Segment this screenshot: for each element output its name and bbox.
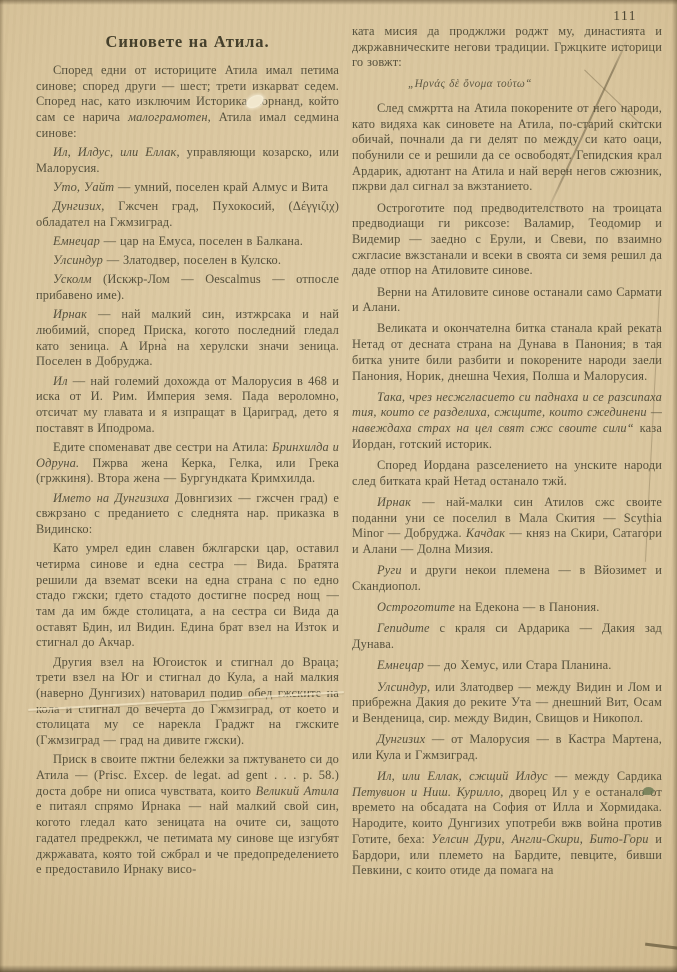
paragraph: Емнецар — цар на Емуса, поселен в Балкан… — [36, 234, 339, 250]
paragraph: Уто, Уайт — умний, поселен край Алмус и … — [36, 180, 339, 196]
text-run: Според Иордана разселението на унските н… — [352, 458, 662, 488]
italic-text-run: Бито-Гори — [590, 832, 649, 846]
paragraph: Дунгизих — от Малорусия — в Кастра Марте… — [352, 732, 662, 763]
text-run: Великата и окончателна битка станала кра… — [352, 321, 662, 382]
text-columns: Синовете на Атила. Според едни от истори… — [36, 24, 662, 884]
italic-text-run: Руги — [377, 563, 402, 577]
italic-text-run: Качдак — [466, 526, 505, 540]
paragraph: Ил — най големий дохожда от Малорусия в … — [36, 374, 339, 437]
text-run: — най големий дохожда от Малорусия в 468… — [36, 374, 339, 435]
scan-edge-bottom — [0, 965, 677, 972]
paragraph: Едите споменават две сестри на Атила: Бр… — [36, 440, 339, 487]
paragraph: Според Иордана разселението на унските н… — [352, 458, 662, 489]
paragraph: Великата и окончателна битка станала кра… — [352, 321, 662, 384]
text-run: Остроготите под предводителството на тро… — [352, 201, 662, 278]
ink-smudge — [643, 787, 654, 795]
italic-text-run: Улсиндур — [377, 680, 427, 694]
text-run: , — [580, 832, 590, 846]
paragraph: Според едни от историците Атила имал пет… — [36, 63, 339, 142]
italic-text-run: Емнецар — [53, 234, 100, 248]
paragraph: След смжртта на Атила покорените от него… — [352, 101, 662, 195]
paragraph: Верни на Атиловите синове останали само … — [352, 285, 662, 316]
italic-text-run: Остроготите — [377, 600, 455, 614]
paragraph: Улсиндур — Златодвер, поселен в Кулско. — [36, 253, 339, 269]
italic-text-run: Ил, Илдус, или Еллак — [53, 145, 177, 159]
italic-text-run: Ирнак — [377, 495, 411, 509]
paragraph: Ил, или Еллак, сжщий Илдус — между Сарди… — [352, 769, 662, 879]
paragraph: Ил, Илдус, или Еллак, управляющи козарск… — [36, 145, 339, 176]
paragraph: Улсиндур, или Златодвер — между Видин и … — [352, 680, 662, 727]
scan-edge-left — [0, 0, 4, 972]
text-run: — между Сардика — [548, 769, 662, 783]
paragraph: Остроготите на Едекона — в Панония. — [352, 600, 662, 616]
paragraph: Гепидите с краля си Ардарика — Дакия зад… — [352, 621, 662, 652]
page-title: Синовете на Атила. — [36, 32, 339, 52]
italic-text-run: Името на Дунгизиха — [53, 491, 169, 505]
italic-text-run: Ил, или Еллак, сжщий Илдус — [377, 769, 548, 783]
paragraph: Усколм (Искжр-Лом — Oescalmus — отпосле … — [36, 272, 339, 303]
paragraph: Емнецар — до Хемус, или Стара Планина. — [352, 658, 662, 674]
italic-text-run: Уелсин Дури — [432, 832, 502, 846]
paragraph: Ирнак — най-малки син Атилов сжс своите … — [352, 495, 662, 558]
text-run: на Едекона — в Панония. — [455, 600, 599, 614]
greek-quote: „Ηρνάς δὲ ὄνομα τούτω“ — [352, 77, 662, 93]
paragraph: Руги и други некои племена — в Вйозимет … — [352, 563, 662, 594]
paragraph: Остроготите под предводителството на тро… — [352, 201, 662, 280]
paragraph: Ирнак — най малкий син, изтжрсака и най … — [36, 307, 339, 370]
italic-text-run: Така, чрез несжгласието си паднаха и се … — [352, 390, 662, 435]
italic-text-run: Улсиндур — [53, 253, 103, 267]
text-run: — умний, поселен край Алмус и Вита — [114, 180, 328, 194]
paragraph: Като умрел един славен бжлгарски цар, ос… — [36, 541, 339, 651]
text-run: е питаял спрямо Ирнака — най малкий свой… — [36, 799, 339, 876]
text-run: След смжртта на Атила покорените от него… — [352, 101, 662, 194]
italic-text-run: Дунгизих — [53, 199, 101, 213]
text-run: Пжрва жена Керка, Гелка, или Грека (гржк… — [36, 456, 339, 486]
text-run: — цар на Емуса, поселен в Балкана. — [100, 234, 303, 248]
right-column: ката мисия да проджлжи роджт му, династи… — [352, 24, 662, 884]
italic-text-run: Петувион и Ниш. Курилло — [352, 785, 500, 799]
scan-edge-right — [672, 0, 677, 972]
left-column: Синовете на Атила. Според едни от истори… — [36, 24, 339, 881]
italic-text-run: Гепидите — [377, 621, 430, 635]
italic-text-run: Ил — [53, 374, 68, 388]
italic-text-run: Уто, Уайт — [53, 180, 114, 194]
page-edge-mark — [645, 943, 677, 953]
text-run: Като умрел един славен бжлгарски цар, ос… — [36, 541, 339, 649]
text-run: „Ηρνάς δὲ ὄνομα τούτω“ — [408, 78, 532, 90]
text-run: Верни на Атиловите синове останали само … — [352, 285, 662, 315]
italic-text-run: Дунгизих — [377, 732, 425, 746]
italic-text-run: Усколм — [53, 272, 92, 286]
paragraph: Дунгизих, Гжсчен град, Пухокосий, (Δέγγι… — [36, 199, 339, 230]
italic-text-run: Ирнак — [53, 307, 87, 321]
text-run: — Златодвер, поселен в Кулско. — [103, 253, 281, 267]
page-number: 111 — [613, 8, 637, 24]
text-run: — до Хемус, или Стара Планина. — [424, 658, 612, 672]
text-run: Едите споменават две сестри на Атила: — [53, 440, 272, 454]
italic-text-run: Великий Атила — [256, 784, 339, 798]
paragraph: Другия взел на Югоисток и стигнал до Вра… — [36, 655, 339, 749]
scan-edge-top — [0, 0, 677, 5]
paragraph: Така, чрез несжгласието си паднаха и се … — [352, 390, 662, 453]
text-run: , — [502, 832, 512, 846]
paragraph: Приск в своите пжтни бележки за пжтуване… — [36, 752, 339, 878]
scanned-page: 111 Синовете на Атила. Според едни от ис… — [0, 0, 677, 972]
paragraph: Името на Дунгизиха Довнгизих — гжсчен гр… — [36, 491, 339, 538]
italic-text-run: Емнецар — [377, 658, 424, 672]
italic-text-run: малограмотен — [128, 110, 208, 124]
italic-text-run: Англи-Скири — [511, 832, 579, 846]
